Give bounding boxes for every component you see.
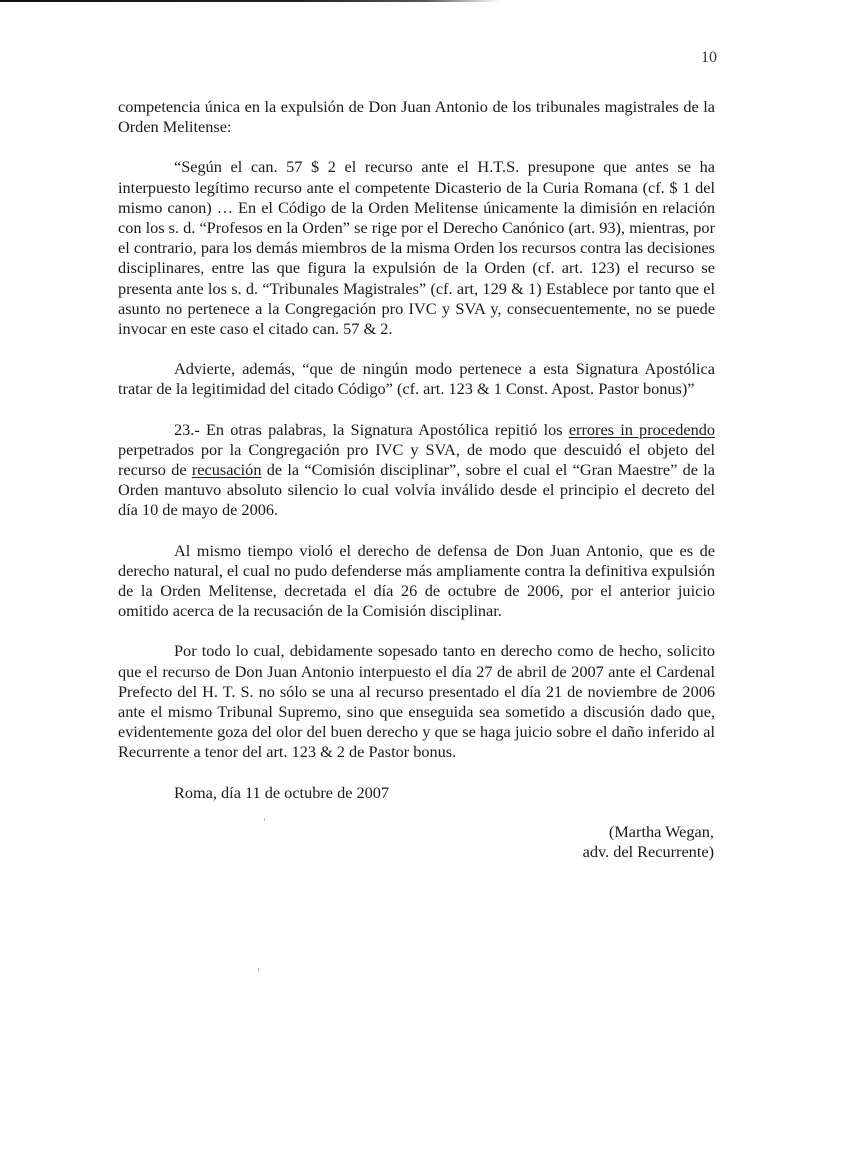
text-segment: Advierte, además, “que de ningún modo pe… [118, 359, 715, 398]
text-segment: competencia única en la expulsión de Don… [118, 97, 715, 136]
paragraph-fecha: Roma, día 11 de octubre de 2007 [118, 783, 715, 803]
paragraph-23: 23.- En otras palabras, la Signatura Apo… [118, 420, 715, 521]
scan-edge-artifact [0, 0, 500, 2]
scan-speck [264, 818, 265, 821]
page-number: 10 [693, 49, 717, 67]
underlined-text: recusación [192, 460, 262, 479]
paragraph-por-todo: Por todo lo cual, debidamente sopesado t… [118, 641, 715, 762]
underlined-text: errores in procedendo [569, 420, 715, 439]
signature-role: adv. del Recurrente) [583, 842, 714, 862]
document-body: competencia única en la expulsión de Don… [118, 97, 715, 823]
scan-speck [258, 968, 259, 971]
paragraph-mismo-tiempo: Al mismo tiempo violó el derecho de defe… [118, 541, 715, 622]
text-segment: “Según el can. 57 $ 2 el recurso ante el… [118, 157, 715, 338]
paragraph-quote: “Según el can. 57 $ 2 el recurso ante el… [118, 157, 715, 339]
paragraph-advierte: Advierte, además, “que de ningún modo pe… [118, 359, 715, 399]
signature-name: (Martha Wegan, [583, 822, 714, 842]
text-segment: 23.- En otras palabras, la Signatura Apo… [174, 420, 569, 439]
text-segment: Por todo lo cual, debidamente sopesado t… [118, 641, 715, 761]
paragraph-intro: competencia única en la expulsión de Don… [118, 97, 715, 137]
text-segment: Roma, día 11 de octubre de 2007 [174, 783, 389, 802]
text-segment: Al mismo tiempo violó el derecho de defe… [118, 541, 715, 621]
signature-block: (Martha Wegan, adv. del Recurrente) [583, 822, 714, 862]
